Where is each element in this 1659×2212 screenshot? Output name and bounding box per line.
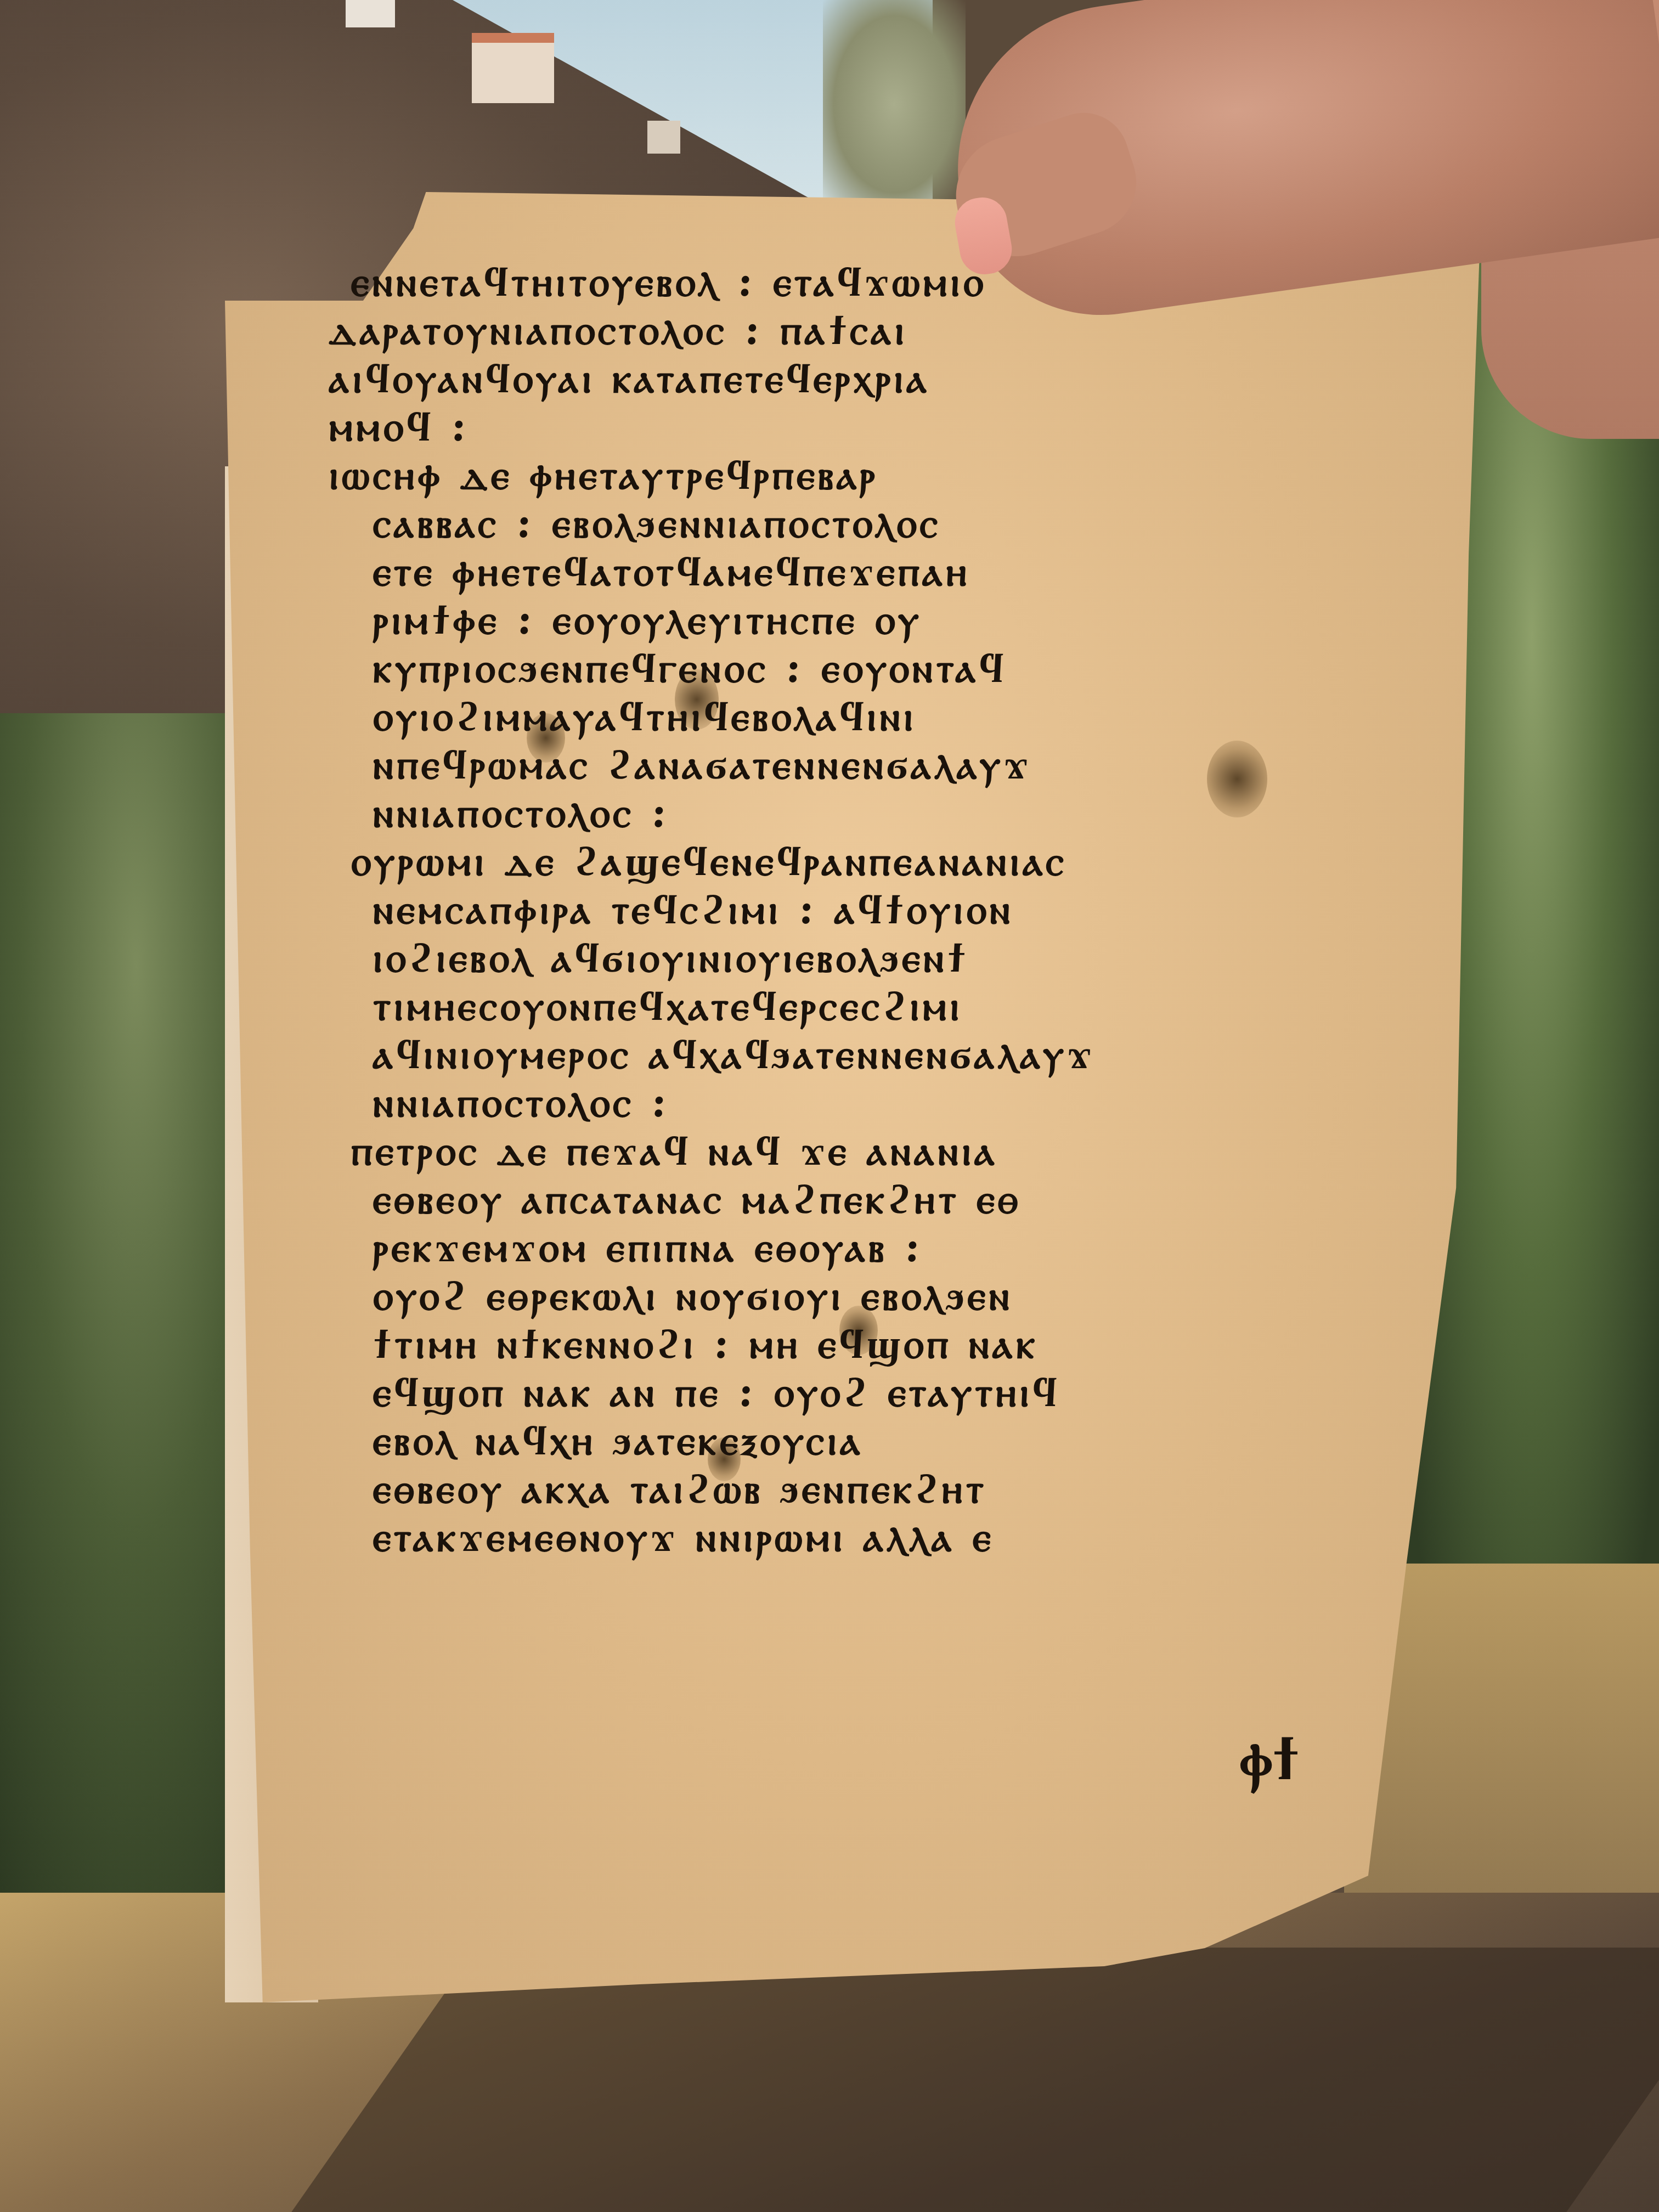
manuscript-line: ⲙⲙⲟϥ :	[328, 403, 1428, 451]
manuscript-line: ⲉⲑⲃⲉⲟⲩ ⲁⲕⲭⲁ ⲧⲁⲓϩⲱⲃ ϧⲉⲛⲡⲉⲕϩⲏⲧ	[350, 1465, 1428, 1513]
hilltop-house-with-water-tank	[647, 121, 680, 154]
manuscript-line: ⲁϥⲓⲛⲓⲟⲩⲙⲉⲣⲟⲥ ⲁϥⲭⲁϥϧⲁⲧⲉⲛⲛⲉⲛϭⲁⲗⲁⲩϫ	[350, 1030, 1428, 1079]
manuscript-line: ⲉϥϣⲟⲡ ⲛⲁⲕ ⲁⲛ ⲡⲉ : ⲟⲩⲟϩ ⲉⲧⲁⲩⲧⲏⲓϥ	[350, 1368, 1428, 1417]
photo-scene: ⲉⲛⲛⲉⲧⲁϥⲧⲏⲓⲧⲟⲩⲉⲃⲟⲗ : ⲉⲧⲁϥϫⲱⲙⲓⲟ ⲇⲁⲣⲁⲧⲟⲩⲛⲓⲁ…	[0, 0, 1659, 2212]
manuscript-line: ⲉⲃⲟⲗ ⲛⲁϥⲭⲏ ϧⲁⲧⲉⲕⲉⲝⲟⲩⲥⲓⲁ	[350, 1417, 1428, 1465]
manuscript-line: ⲥⲁⲃⲃⲁⲥ : ⲉⲃⲟⲗϧⲉⲛⲛⲓⲁⲡⲟⲥⲧⲟⲗⲟⲥ	[350, 499, 1428, 548]
manuscript-line: ⲛⲛⲓⲁⲡⲟⲥⲧⲟⲗⲟⲥ :	[350, 789, 1428, 837]
marginal-monogram: ⲫϯ	[1240, 1723, 1300, 1795]
manuscript-line: ⲉⲧⲉ ⲫⲏⲉⲧⲉϥⲁⲧⲟⲧϥⲁⲙⲉϥⲡⲉϫⲉⲡⲁⲏ	[350, 548, 1428, 596]
manuscript-line: ⲟⲩⲓⲟϩⲓⲙⲙⲁⲩⲁϥⲧⲏⲓϥⲉⲃⲟⲗⲁϥⲓⲛⲓ	[350, 692, 1428, 741]
manuscript-line: ⲣⲓⲙϯⲫⲉ : ⲉⲟⲩⲟⲩⲗⲉⲩⲓⲧⲏⲥⲡⲉ ⲟⲩ	[350, 596, 1428, 644]
hilltop-house	[346, 0, 395, 27]
manuscript-line: ⲓⲱⲥⲏⲫ ⲇⲉ ⲫⲏⲉⲧⲁⲩⲧⲣⲉϥⲣⲡⲉⲃⲁⲣ	[328, 451, 1428, 499]
manuscript-line: ⲉⲑⲃⲉⲟⲩ ⲁⲡⲥⲁⲧⲁⲛⲁⲥ ⲙⲁϩⲡⲉⲕϩⲏⲧ ⲉⲑ	[350, 1175, 1428, 1223]
manuscript-line: ⲟⲩⲣⲱⲙⲓ ⲇⲉ ϩⲁϣⲉϥⲉⲛⲉϥⲣⲁⲛⲡⲉⲁⲛⲁⲛⲓⲁⲥ	[350, 837, 1428, 885]
manuscript-line: ⲡⲉⲧⲣⲟⲥ ⲇⲉ ⲡⲉϫⲁϥ ⲛⲁϥ ϫⲉ ⲁⲛⲁⲛⲓⲁ	[350, 1127, 1428, 1175]
red-roof-house	[472, 33, 554, 103]
manuscript-line: ⲕⲩⲡⲣⲓⲟⲥϧⲉⲛⲡⲉϥⲅⲉⲛⲟⲥ : ⲉⲟⲩⲟⲛⲧⲁϥ	[350, 644, 1428, 692]
manuscript-line: ⲇⲁⲣⲁⲧⲟⲩⲛⲓⲁⲡⲟⲥⲧⲟⲗⲟⲥ : ⲡⲁϯⲥⲁⲓ	[328, 306, 1428, 354]
manuscript-line: ⲛⲛⲓⲁⲡⲟⲥⲧⲟⲗⲟⲥ :	[350, 1079, 1428, 1127]
manuscript-line: ϯⲧⲓⲙⲏ ⲛϯⲕⲉⲛⲛⲟϩⲓ : ⲙⲏ ⲉϥϣⲟⲡ ⲛⲁⲕ	[350, 1320, 1428, 1368]
olive-branch-top	[823, 0, 966, 208]
manuscript-line: ⲣⲉⲕϫⲉⲙϫⲟⲙ ⲉⲡⲓⲡⲛⲁ ⲉⲑⲟⲩⲁⲃ :	[350, 1223, 1428, 1272]
manuscript-line: ⲛⲡⲉϥⲣⲱⲙⲁⲥ ϩⲁⲛⲁϭⲁⲧⲉⲛⲛⲉⲛϭⲁⲗⲁⲩϫ	[350, 741, 1428, 789]
manuscript-line: ⲁⲓϥⲟⲩⲁⲛϥⲟⲩⲁⲓ ⲕⲁⲧⲁⲡⲉⲧⲉϥⲉⲣⲭⲣⲓⲁ	[328, 354, 1428, 403]
manuscript-line: ⲉⲧⲁⲕϫⲉⲙⲉⲑⲛⲟⲩϫ ⲛⲛⲓⲣⲱⲙⲓ ⲁⲗⲗⲁ ⲉ	[350, 1513, 1428, 1561]
manuscript-line: ⲟⲩⲟϩ ⲉⲑⲣⲉⲕⲱⲗⲓ ⲛⲟⲩϭⲓⲟⲩⲓ ⲉⲃⲟⲗϧⲉⲛ	[350, 1272, 1428, 1320]
manuscript-line: ⲧⲓⲙⲏⲉⲥⲟⲩⲟⲛⲡⲉϥⲭⲁⲧⲉϥⲉⲣⲥⲉⲥϩⲓⲙⲓ	[350, 982, 1428, 1030]
manuscript-line: ⲓⲟϩⲓⲉⲃⲟⲗ ⲁϥϭⲓⲟⲩⲓⲛⲓⲟⲩⲓⲉⲃⲟⲗϧⲉⲛϯ	[350, 934, 1428, 982]
manuscript-line: ⲛⲉⲙⲥⲁⲡⲫⲓⲣⲁ ⲧⲉϥⲥϩⲓⲙⲓ : ⲁϥϯⲟⲩⲓⲟⲛ	[350, 885, 1428, 934]
manuscript-text: ⲉⲛⲛⲉⲧⲁϥⲧⲏⲓⲧⲟⲩⲉⲃⲟⲗ : ⲉⲧⲁϥϫⲱⲙⲓⲟ ⲇⲁⲣⲁⲧⲟⲩⲛⲓⲁ…	[351, 258, 1426, 1561]
